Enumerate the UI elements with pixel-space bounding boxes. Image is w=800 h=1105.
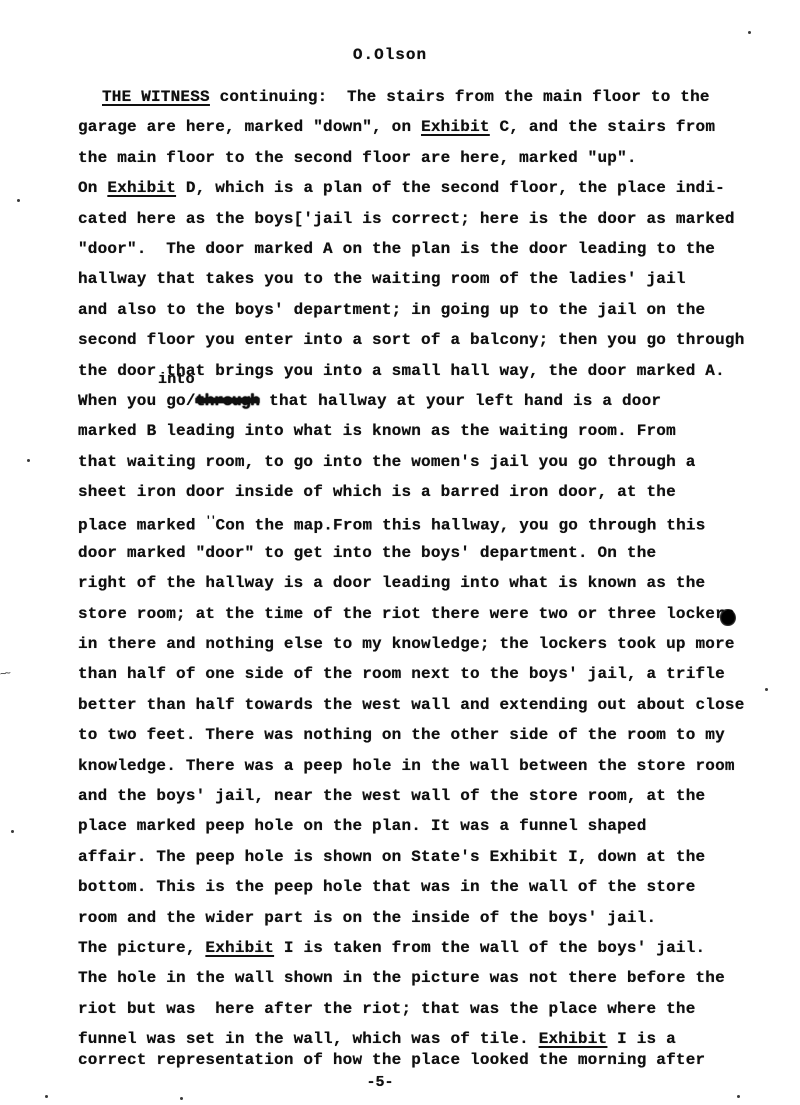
text-segment: bottom. This is the peep hole that was i… (78, 878, 696, 896)
superscript-quotes: '' (205, 516, 215, 527)
text-segment: "door". The door marked A on the plan is… (78, 240, 715, 258)
text-line: in there and nothing else to my knowledg… (78, 629, 770, 659)
text-line: right of the hallway is a door leading i… (78, 568, 770, 598)
text-line: riot but was here after the riot; that w… (78, 994, 770, 1024)
handwritten-margin-mark: ~~ (0, 668, 10, 681)
text-line: that waiting room, to go into the women'… (78, 447, 770, 477)
scan-speck (11, 830, 14, 833)
text-segment: door marked "door" to get into the boys'… (78, 544, 656, 562)
ink-blot-letter: s (725, 605, 735, 623)
underlined-word: Exhibit (421, 118, 490, 136)
text-line: door marked "door" to get into the boys'… (78, 538, 770, 568)
page-number: -5- (0, 1074, 760, 1091)
text-segment: riot but was here after the riot; that w… (78, 1000, 696, 1018)
inserted-correction-word: into (158, 373, 195, 387)
text-segment: The picture, (78, 939, 205, 957)
underlined-word: Exhibit (205, 939, 274, 957)
scan-speck (737, 1095, 740, 1098)
text-line: knowledge. There was a peep hole in the … (78, 751, 770, 781)
text-segment: better than half towards the west wall a… (78, 696, 745, 714)
text-segment: right of the hallway is a door leading i… (78, 574, 705, 592)
strikethrough-word: through (196, 392, 260, 410)
text-segment: garage are here, marked "down", on (78, 118, 421, 136)
scan-speck (27, 459, 30, 462)
text-segment: that waiting room, to go into the women'… (78, 453, 696, 471)
text-line: On Exhibit D, which is a plan of the sec… (78, 173, 770, 203)
text-line: to two feet. There was nothing on the ot… (78, 720, 770, 750)
text-segment: Con the map.From this hallway, you go th… (215, 517, 705, 535)
text-line: and also to the boys' department; in goi… (78, 295, 770, 325)
text-segment: I is taken from the wall of the boys' ja… (274, 939, 705, 957)
text-segment: hallway that takes you to the waiting ro… (78, 270, 686, 288)
text-line: the main floor to the second floor are h… (78, 143, 770, 173)
text-segment: When you go/ (78, 392, 196, 410)
scan-speck (748, 31, 751, 34)
text-line: hallway that takes you to the waiting ro… (78, 264, 770, 294)
text-segment: to two feet. There was nothing on the ot… (78, 726, 725, 744)
underlined-word: THE WITNESS (102, 88, 210, 106)
text-segment: continuing: The stairs from the main flo… (210, 88, 710, 106)
text-segment: store room; at the time of the riot ther… (78, 605, 725, 623)
text-segment: place marked peep hole on the plan. It w… (78, 817, 647, 835)
text-segment: sheet iron door inside of which is a bar… (78, 483, 676, 501)
scan-speck (180, 1097, 183, 1100)
text-line: bottom. This is the peep hole that was i… (78, 872, 770, 902)
text-line: affair. The peep hole is shown on State'… (78, 842, 770, 872)
text-segment: The hole in the wall shown in the pictur… (78, 969, 725, 987)
text-line: correct representation of how the place … (78, 1045, 770, 1075)
text-line: better than half towards the west wall a… (78, 690, 770, 720)
text-line: place marked peep hole on the plan. It w… (78, 811, 770, 841)
text-segment: affair. The peep hole is shown on State'… (78, 848, 705, 866)
text-line: marked B leading into what is known as t… (78, 416, 770, 446)
text-segment: second floor you enter into a sort of a … (78, 331, 745, 349)
scanned-document-page: O.Olson THE WITNESS continuing: The stai… (0, 0, 800, 1105)
text-line: second floor you enter into a sort of a … (78, 325, 770, 355)
text-segment: place marked (78, 517, 205, 535)
witness-name-header: O.Olson (0, 46, 780, 64)
text-segment: D, which is a plan of the second floor, … (176, 179, 725, 197)
text-segment: cated here as the boys['jail is correct;… (78, 210, 735, 228)
text-line: sheet iron door inside of which is a bar… (78, 477, 770, 507)
text-line: room and the wider part is on the inside… (78, 903, 770, 933)
text-segment: than half of one side of the room next t… (78, 665, 725, 683)
underlined-word: Exhibit (107, 179, 176, 197)
text-line: The picture, Exhibit I is taken from the… (78, 933, 770, 963)
scan-speck (17, 199, 20, 202)
text-segment: the main floor to the second floor are h… (78, 149, 637, 167)
text-segment: in there and nothing else to my knowledg… (78, 635, 735, 653)
text-line: "door". The door marked A on the plan is… (78, 234, 770, 264)
text-segment: and the boys' jail, near the west wall o… (78, 787, 705, 805)
text-line: than half of one side of the room next t… (78, 659, 770, 689)
text-segment: and also to the boys' department; in goi… (78, 301, 705, 319)
text-line: THE WITNESS continuing: The stairs from … (78, 82, 770, 112)
text-line: store room; at the time of the riot ther… (78, 599, 770, 629)
text-segment: correct representation of how the place … (78, 1051, 705, 1069)
text-segment: marked B leading into what is known as t… (78, 422, 676, 440)
testimony-body-text: THE WITNESS continuing: The stairs from … (78, 82, 770, 1075)
scan-speck (45, 1095, 48, 1098)
text-line: garage are here, marked "down", on Exhib… (78, 112, 770, 142)
text-line: and the boys' jail, near the west wall o… (78, 781, 770, 811)
scan-speck (765, 688, 768, 691)
text-segment: that hallway at your left hand is a door (259, 392, 661, 410)
text-line: place marked ''Con the map.From this hal… (78, 507, 770, 537)
text-line: cated here as the boys['jail is correct;… (78, 204, 770, 234)
text-line: The hole in the wall shown in the pictur… (78, 963, 770, 993)
text-segment: C, and the stairs from (490, 118, 715, 136)
text-segment: On (78, 179, 107, 197)
text-line: When you go/through that hallway at your… (78, 386, 770, 416)
text-segment: room and the wider part is on the inside… (78, 909, 656, 927)
text-segment: knowledge. There was a peep hole in the … (78, 757, 735, 775)
